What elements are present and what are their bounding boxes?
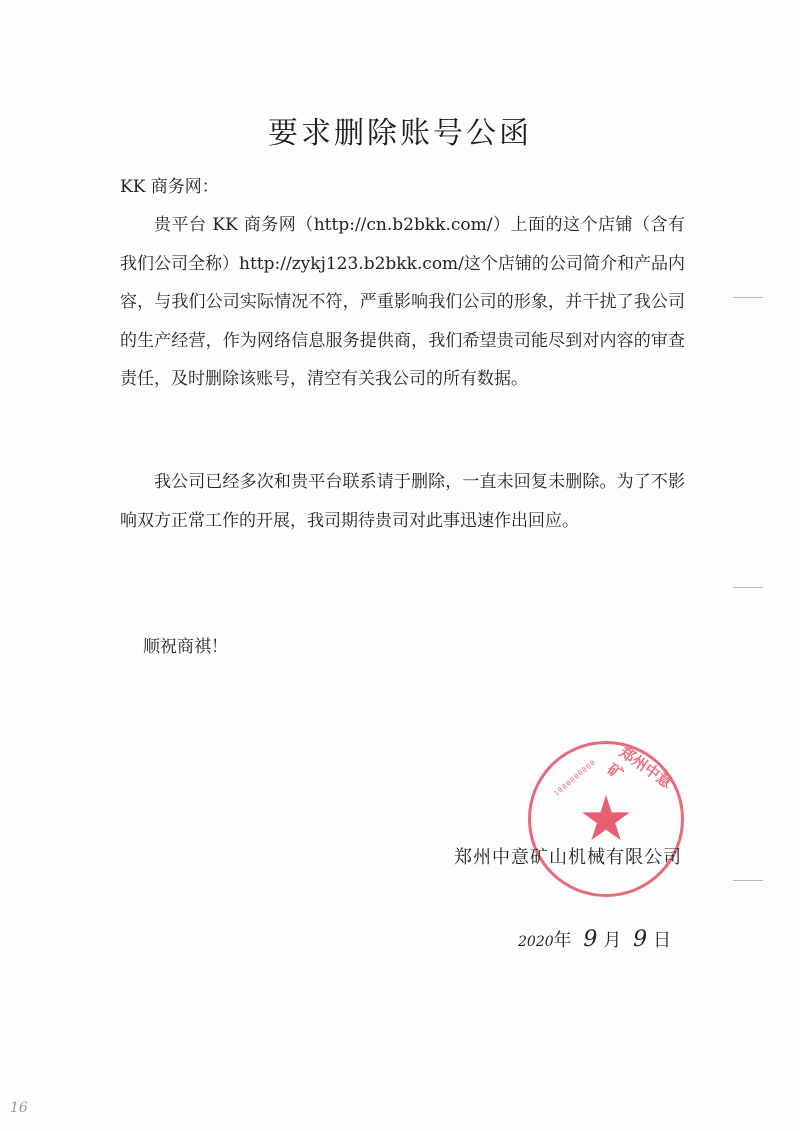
- document-page: 要求删除账号公函 KK 商务网： 贵平台 KK 商务网（http://cn.b2…: [0, 0, 800, 1131]
- date-month: 9: [583, 927, 597, 952]
- date-year: 2020: [518, 934, 554, 950]
- page-mark: 16: [10, 1100, 28, 1116]
- seal-star-icon: ★: [578, 788, 634, 850]
- company-seal: 1000000000 ★ 郑州中意矿: [528, 741, 684, 897]
- body-paragraph-1: 贵平台 KK 商务网（http://cn.b2bkk.com/）上面的这个店铺（…: [120, 206, 685, 399]
- document-title: 要求删除账号公函: [0, 108, 800, 152]
- signature-company: 郑州中意矿山机械有限公司: [454, 843, 682, 869]
- closing-greeting: 顺祝商祺！: [143, 632, 228, 657]
- margin-mark: [733, 297, 763, 298]
- body-paragraph-2: 我公司已经多次和贵平台联系请于删除，一直未回复未删除。为了不影响双方正常工作的开…: [120, 463, 685, 540]
- margin-mark: [733, 880, 763, 881]
- date-day: 9: [633, 927, 647, 952]
- date-month-label: 月: [603, 930, 621, 951]
- date-year-label: 年: [554, 930, 572, 951]
- salutation: KK 商务网：: [120, 172, 219, 197]
- margin-mark: [733, 587, 763, 588]
- signature-date: 2020年 9月 9日: [518, 926, 671, 952]
- date-day-label: 日: [653, 930, 671, 951]
